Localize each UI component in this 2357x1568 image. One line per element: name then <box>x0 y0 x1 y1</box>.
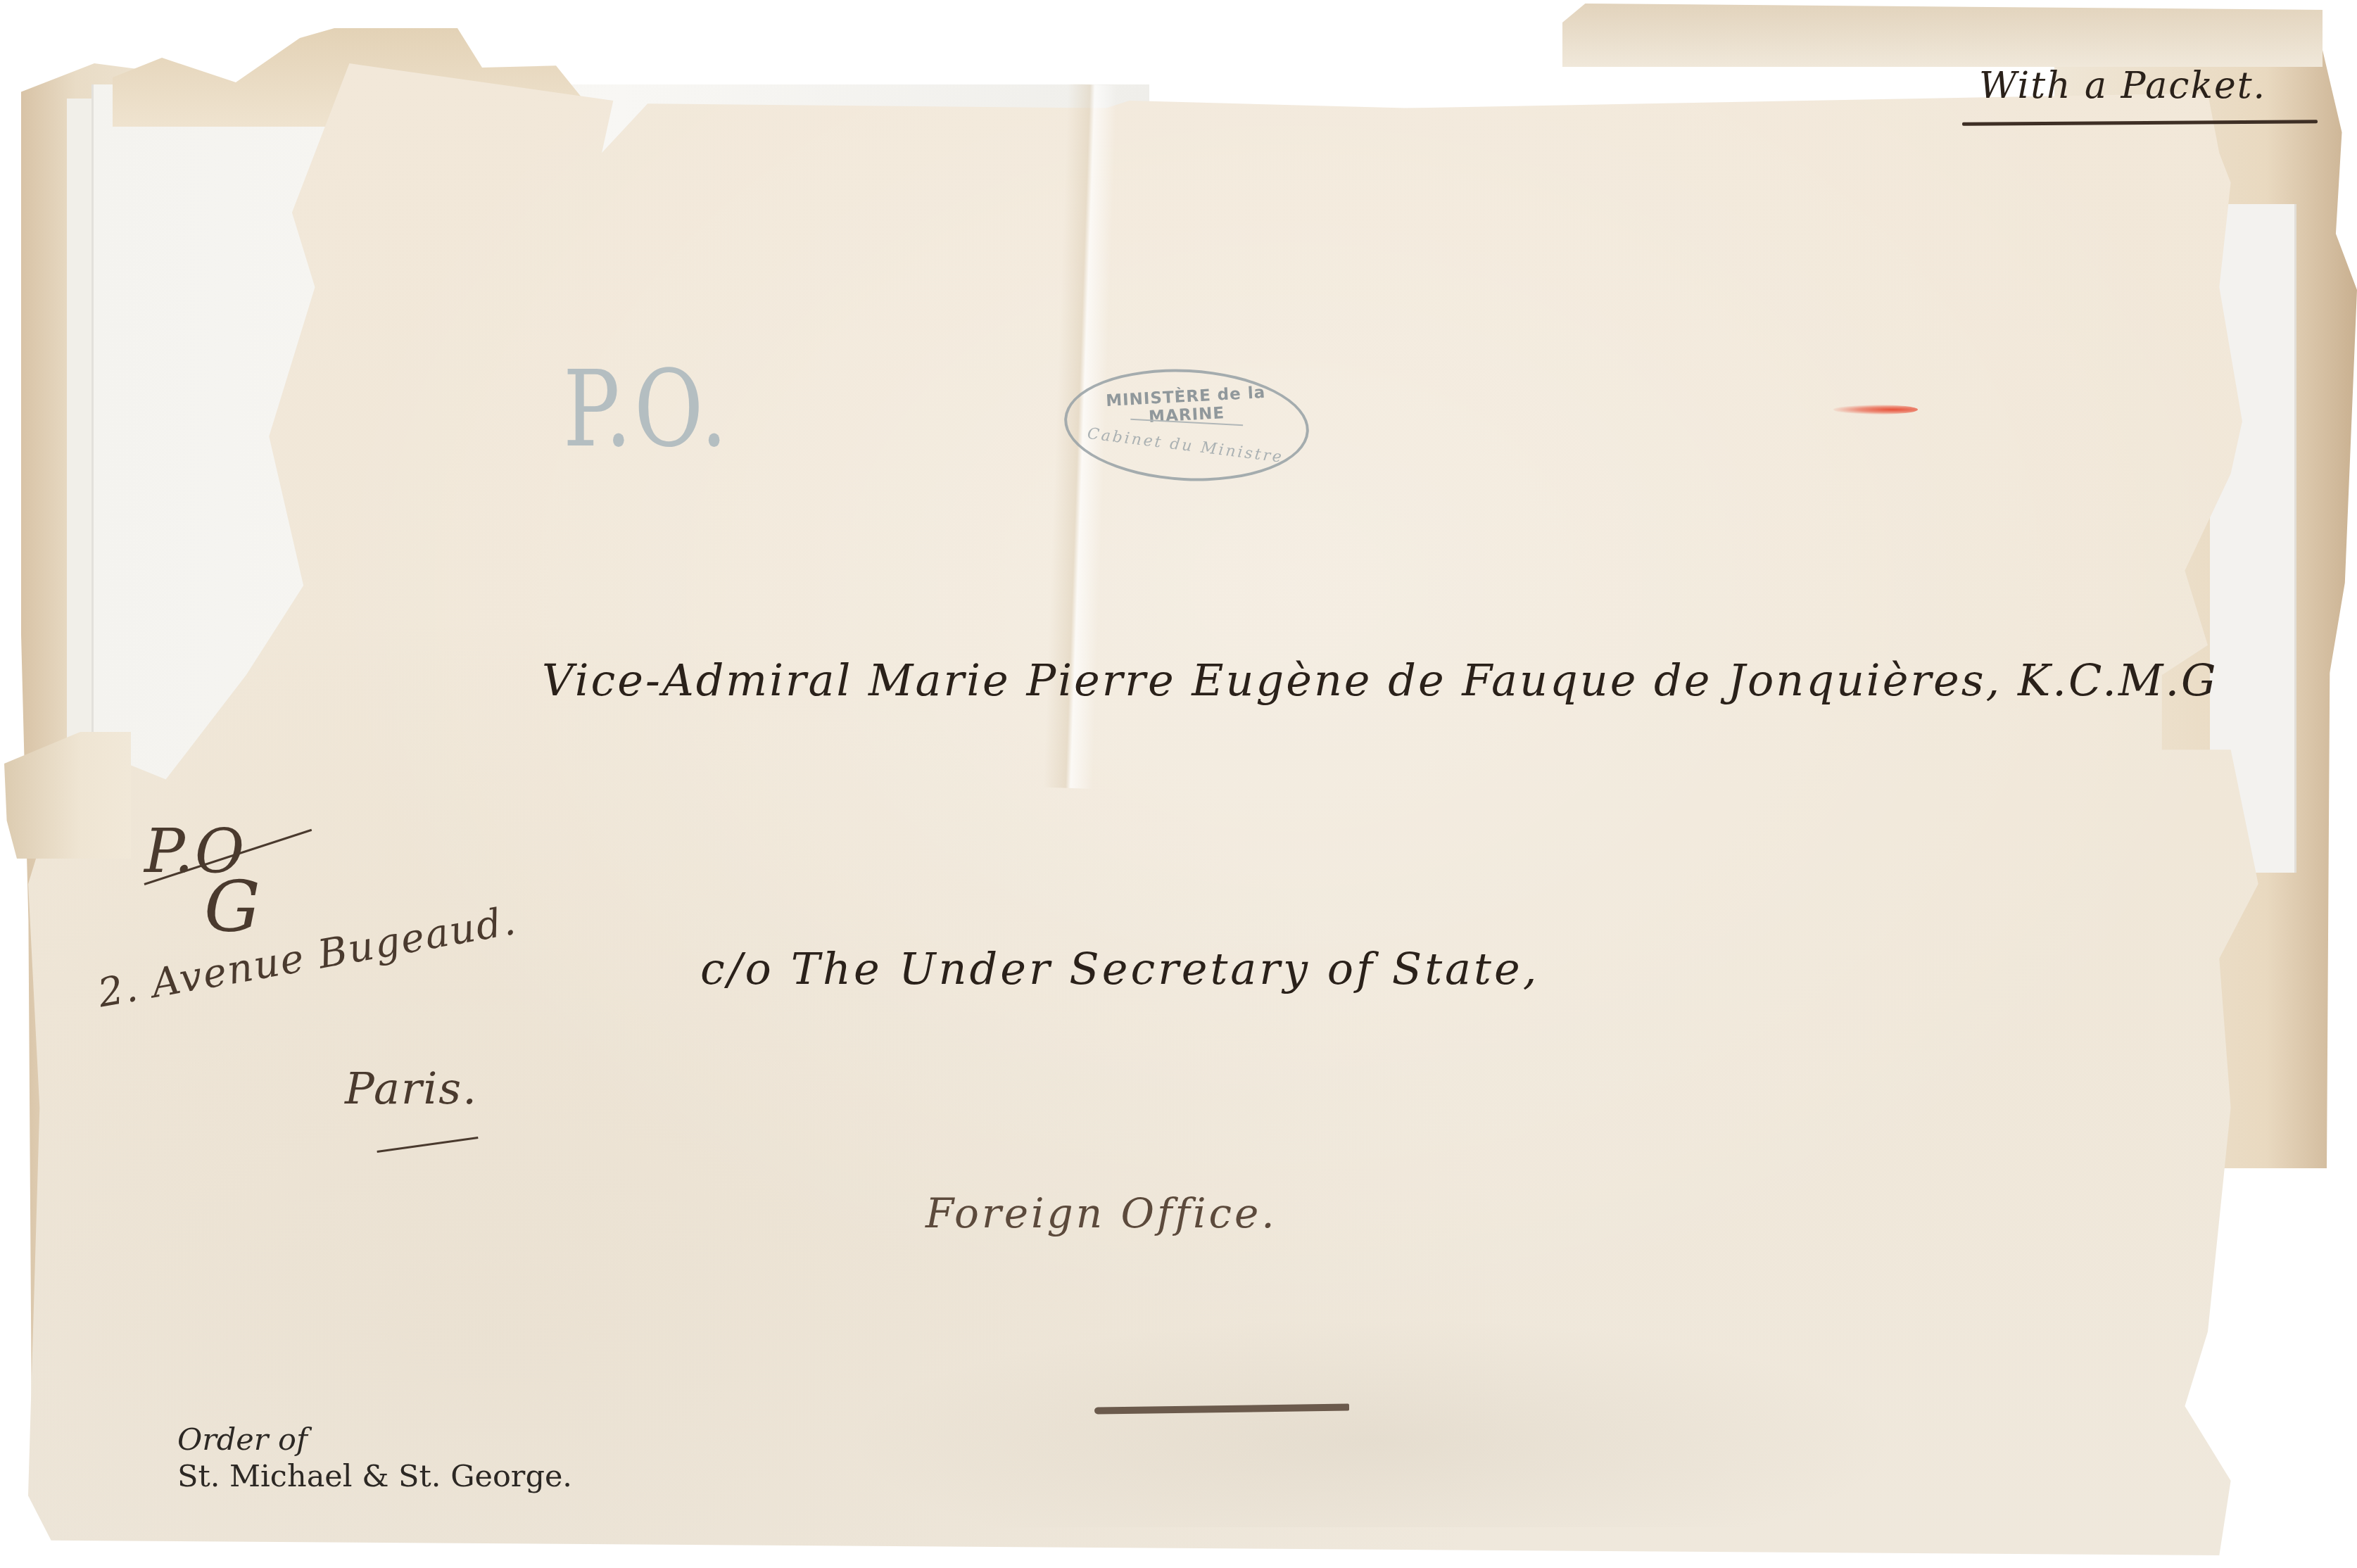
envelope-scan: With a Packet. P.O. MINISTÈRE de la MARI… <box>0 0 2357 1568</box>
addressee-name: Vice-Admiral Marie Pierre Eugène de Fauq… <box>542 655 2218 706</box>
forwarding-city: Paris. <box>345 1063 478 1114</box>
stamp-bottom-text: Cabinet du Ministre <box>1080 424 1291 467</box>
margin-note-g: G <box>204 866 262 948</box>
foreign-office-line: Foreign Office. <box>925 1189 1277 1237</box>
imprint-line-1: Order of <box>177 1422 572 1458</box>
imprint-line-2: St. Michael & St. George. <box>177 1458 572 1495</box>
fold-shadow <box>845 1316 1900 1527</box>
care-of-line: c/o The Under Secretary of State, <box>700 943 1539 994</box>
torn-flap-top-right <box>1562 4 2323 67</box>
torn-flap-left <box>4 732 131 859</box>
with-packet-annotation: With a Packet. <box>1979 65 2266 107</box>
po-stamp: P.O. <box>563 348 730 471</box>
printed-imprint: Order of St. Michael & St. George. <box>177 1422 572 1495</box>
red-wax-mark <box>1833 405 1918 415</box>
